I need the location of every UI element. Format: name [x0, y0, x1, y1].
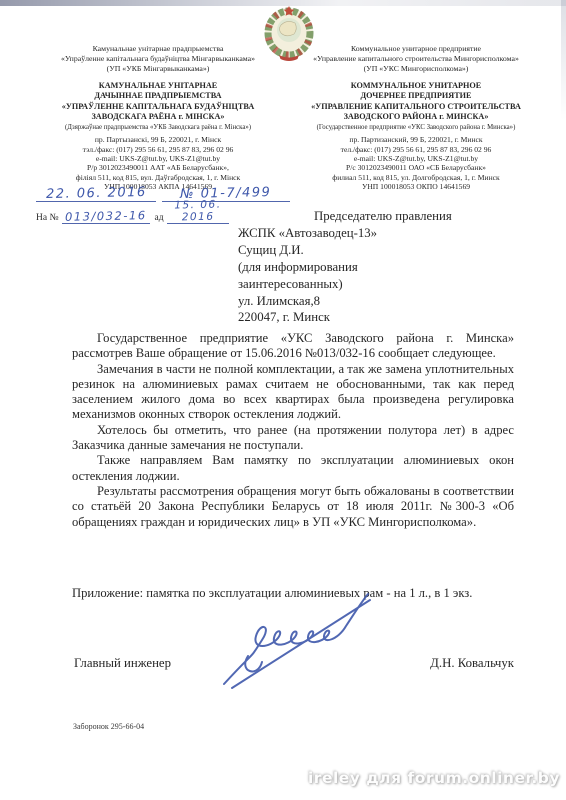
ad-label: ад [155, 213, 164, 224]
body-paragraph: Также направляем Вам памятку по эксплуат… [72, 453, 514, 484]
address-line: Р/р 3012023490011 ААТ «АБ Беларусбанк», [30, 163, 286, 172]
body-paragraph: Государственное предприятие «УКС Заводск… [72, 331, 514, 362]
org-line: Камунальнае унітарнае прадпрыемства [30, 44, 286, 54]
org-note-ru: (Государственное предприятие «УКС Заводс… [288, 124, 544, 133]
incoming-date-handwriting: 15. 06. 2016 [166, 198, 228, 223]
na-number-label: На № [36, 213, 59, 224]
recipient-line: ЖСПК «Автозаводец-13» [238, 225, 468, 242]
scan-artifact-right [561, 0, 566, 120]
outgoing-date-handwriting: 22. 06. 2016 [45, 185, 146, 202]
org-note-by: (Дзяржаўнае прадпрыемства «УКБ Заводскаг… [30, 124, 286, 133]
body-paragraph: Замечания в части не полной комплектации… [72, 362, 514, 423]
org-line: КАМУНАЛЬНАЕ УНІТАРНАЕ [30, 81, 286, 91]
letterhead-russian: Коммунальное унитарное предприятие «Упра… [288, 44, 544, 192]
recipient-line: (для информирования [238, 259, 468, 276]
org-line: «УПРАВЛЕНИЕ КАПИТАЛЬНОГО СТРОИТЕЛЬСТВА [288, 102, 544, 112]
org-line: Коммунальное унитарное предприятие [288, 44, 544, 54]
incoming-number-field: 013/032-16 [62, 209, 150, 224]
address-line: Р/с 3012023490011 ОАО «СБ Беларусбанк» [288, 163, 544, 172]
recipient-line: Председателю правления [314, 208, 468, 225]
outgoing-date-field: 22. 06. 2016 [36, 185, 156, 202]
letter-body: Государственное предприятие «УКС Заводск… [72, 331, 514, 530]
executor-note: Заборонок 295-66-04 [73, 722, 144, 731]
org-line: «УПРАЎЛЕННЕ КАПІТАЛЬНАГА БУДАЎНІЦТВА [30, 102, 286, 112]
address-line: тел./факс: (017) 295 56 61, 295 87 83, 2… [288, 145, 544, 154]
signature-row: Главный инженер Д.Н. Ковальчук [74, 656, 514, 671]
signer-name: Д.Н. Ковальчук [430, 656, 514, 671]
recipient-block: Председателю правления ЖСПК «Автозаводец… [238, 208, 468, 326]
org-line: «Управление капитального строительства М… [288, 54, 544, 64]
org-line: (УП «УКБ Мінгарвыканкама») [30, 64, 286, 74]
recipient-line: заинтересованных) [238, 276, 468, 293]
body-paragraph: Хотелось бы отметить, что ранее (на прот… [72, 423, 514, 454]
scanned-letter-page: Камунальнае унітарнае прадпрыемства «Упр… [0, 0, 566, 800]
belarus-coat-of-arms-icon [258, 4, 320, 67]
org-line: КОММУНАЛЬНОЕ УНИТАРНОЕ [288, 81, 544, 91]
org-line: ЗАВОДСКОГО РАЙОНА г. МИНСКА» [288, 112, 544, 122]
address-line: пр. Партизанский, 99 Б, 220021, г. Минск [288, 135, 544, 144]
org-line: ЗАВОДСКАГА РАЁНА г. МІНСКА» [30, 112, 286, 122]
address-line: пр. Партызанскі, 99 Б, 220021, г. Мінск [30, 135, 286, 144]
org-line: ДАЧЫННАЕ ПРАДПРЫЕМСТВА [30, 91, 286, 101]
handwritten-signature [218, 592, 388, 697]
recipient-line: Сущиц Д.И. [238, 242, 468, 259]
org-address-ru: пр. Партизанский, 99 Б, 220021, г. Минск… [288, 135, 544, 191]
org-name-bold-ru: КОММУНАЛЬНОЕ УНИТАРНОЕ ДОЧЕРНЕЕ ПРЕДПРИЯ… [288, 81, 544, 123]
signer-title: Главный инженер [74, 656, 171, 671]
address-line: e-mail: UKS-Z@tut.by, UKS-Z1@tut.by [30, 154, 286, 163]
org-line: (УП «УКС Мингорисполкома») [288, 64, 544, 74]
org-name-small-by: Камунальнае унітарнае прадпрыемства «Упр… [30, 44, 286, 74]
forum-watermark: ireley для forum.onliner.by [308, 769, 560, 787]
body-paragraph: Результаты рассмотрения обращения могут … [72, 484, 514, 530]
address-line: e-mail: UKS-Z@tut.by, UKS-Z1@tut.by [288, 154, 544, 163]
address-line: филиал 511, код 815, ул. Долгобродская, … [288, 173, 544, 182]
org-name-bold-by: КАМУНАЛЬНАЕ УНІТАРНАЕ ДАЧЫННАЕ ПРАДПРЫЕМ… [30, 81, 286, 123]
org-line: ДОЧЕРНЕЕ ПРЕДПРИЯТИЕ [288, 91, 544, 101]
incoming-date-field: 15. 06. 2016 [167, 199, 229, 224]
address-line: філіял 511, код 815, вул. Даўгабродская,… [30, 173, 286, 182]
address-line: УНП 100018053 ОКПО 14641569 [288, 182, 544, 191]
incoming-number-handwriting: 013/032-16 [65, 208, 147, 224]
letterhead-belarusian: Камунальнае унітарнае прадпрыемства «Упр… [30, 44, 286, 192]
org-line: «Упраўленне капітальнага будаўніцтва Мін… [30, 54, 286, 64]
address-line: тэл./факс: (017) 295 56 61, 295 87 83, 2… [30, 145, 286, 154]
org-name-small-ru: Коммунальное унитарное предприятие «Упра… [288, 44, 544, 74]
recipient-line: ул. Илимская,8 [238, 293, 468, 310]
recipient-line: 220047, г. Минск [238, 309, 468, 326]
outgoing-ref-row: 22. 06. 2016 № 01-7/499 [36, 183, 294, 202]
